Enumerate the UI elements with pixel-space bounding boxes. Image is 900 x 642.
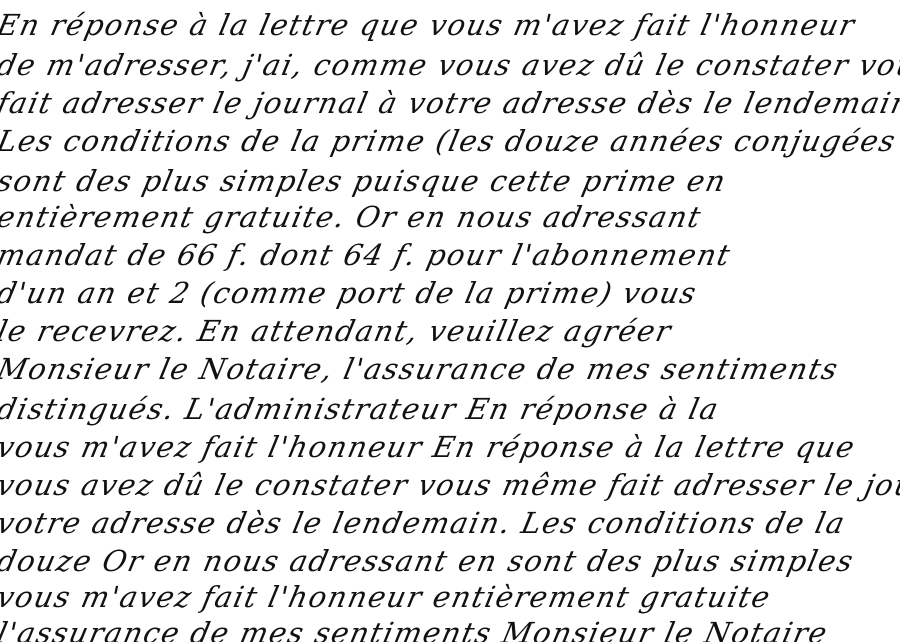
script-line: Monsieur le Notaire, l'assurance de mes … [0,352,842,386]
script-line: sont des plus simples puisque cette prim… [0,164,730,198]
script-line: distingués. L'administrateur En réponse … [0,392,722,426]
script-line: Les conditions de la prime (les douze an… [0,124,900,158]
script-line: d'un an et 2 (comme port de la prime) vo… [0,276,700,310]
script-line: l'assurance de mes sentiments Monsieur l… [0,616,831,642]
script-line: En réponse à la lettre que vous m'avez f… [0,8,859,42]
script-line: fait adresser le journal à votre adresse… [0,86,900,120]
script-line: vous m'avez fait l'honneur En réponse à … [0,430,859,464]
script-line: douze Or en nous adressant en sont des p… [0,544,857,578]
script-line: le recevrez. En attendant, veuillez agré… [0,314,675,348]
script-line: de m'adresser, j'ai, comme vous avez dû … [0,48,900,82]
script-line: vous m'avez fait l'honneur entièrement g… [0,580,774,614]
script-line: vous avez dû le constater vous même fait… [0,468,900,502]
handwritten-letter-page: En réponse à la lettre que vous m'avez f… [0,0,900,642]
script-line: entièrement gratuite. Or en nous adressa… [0,200,705,234]
script-line: votre adresse dès le lendemain. Les cond… [0,506,849,540]
script-line: mandat de 66 f. dont 64 f. pour l'abonne… [0,238,734,272]
